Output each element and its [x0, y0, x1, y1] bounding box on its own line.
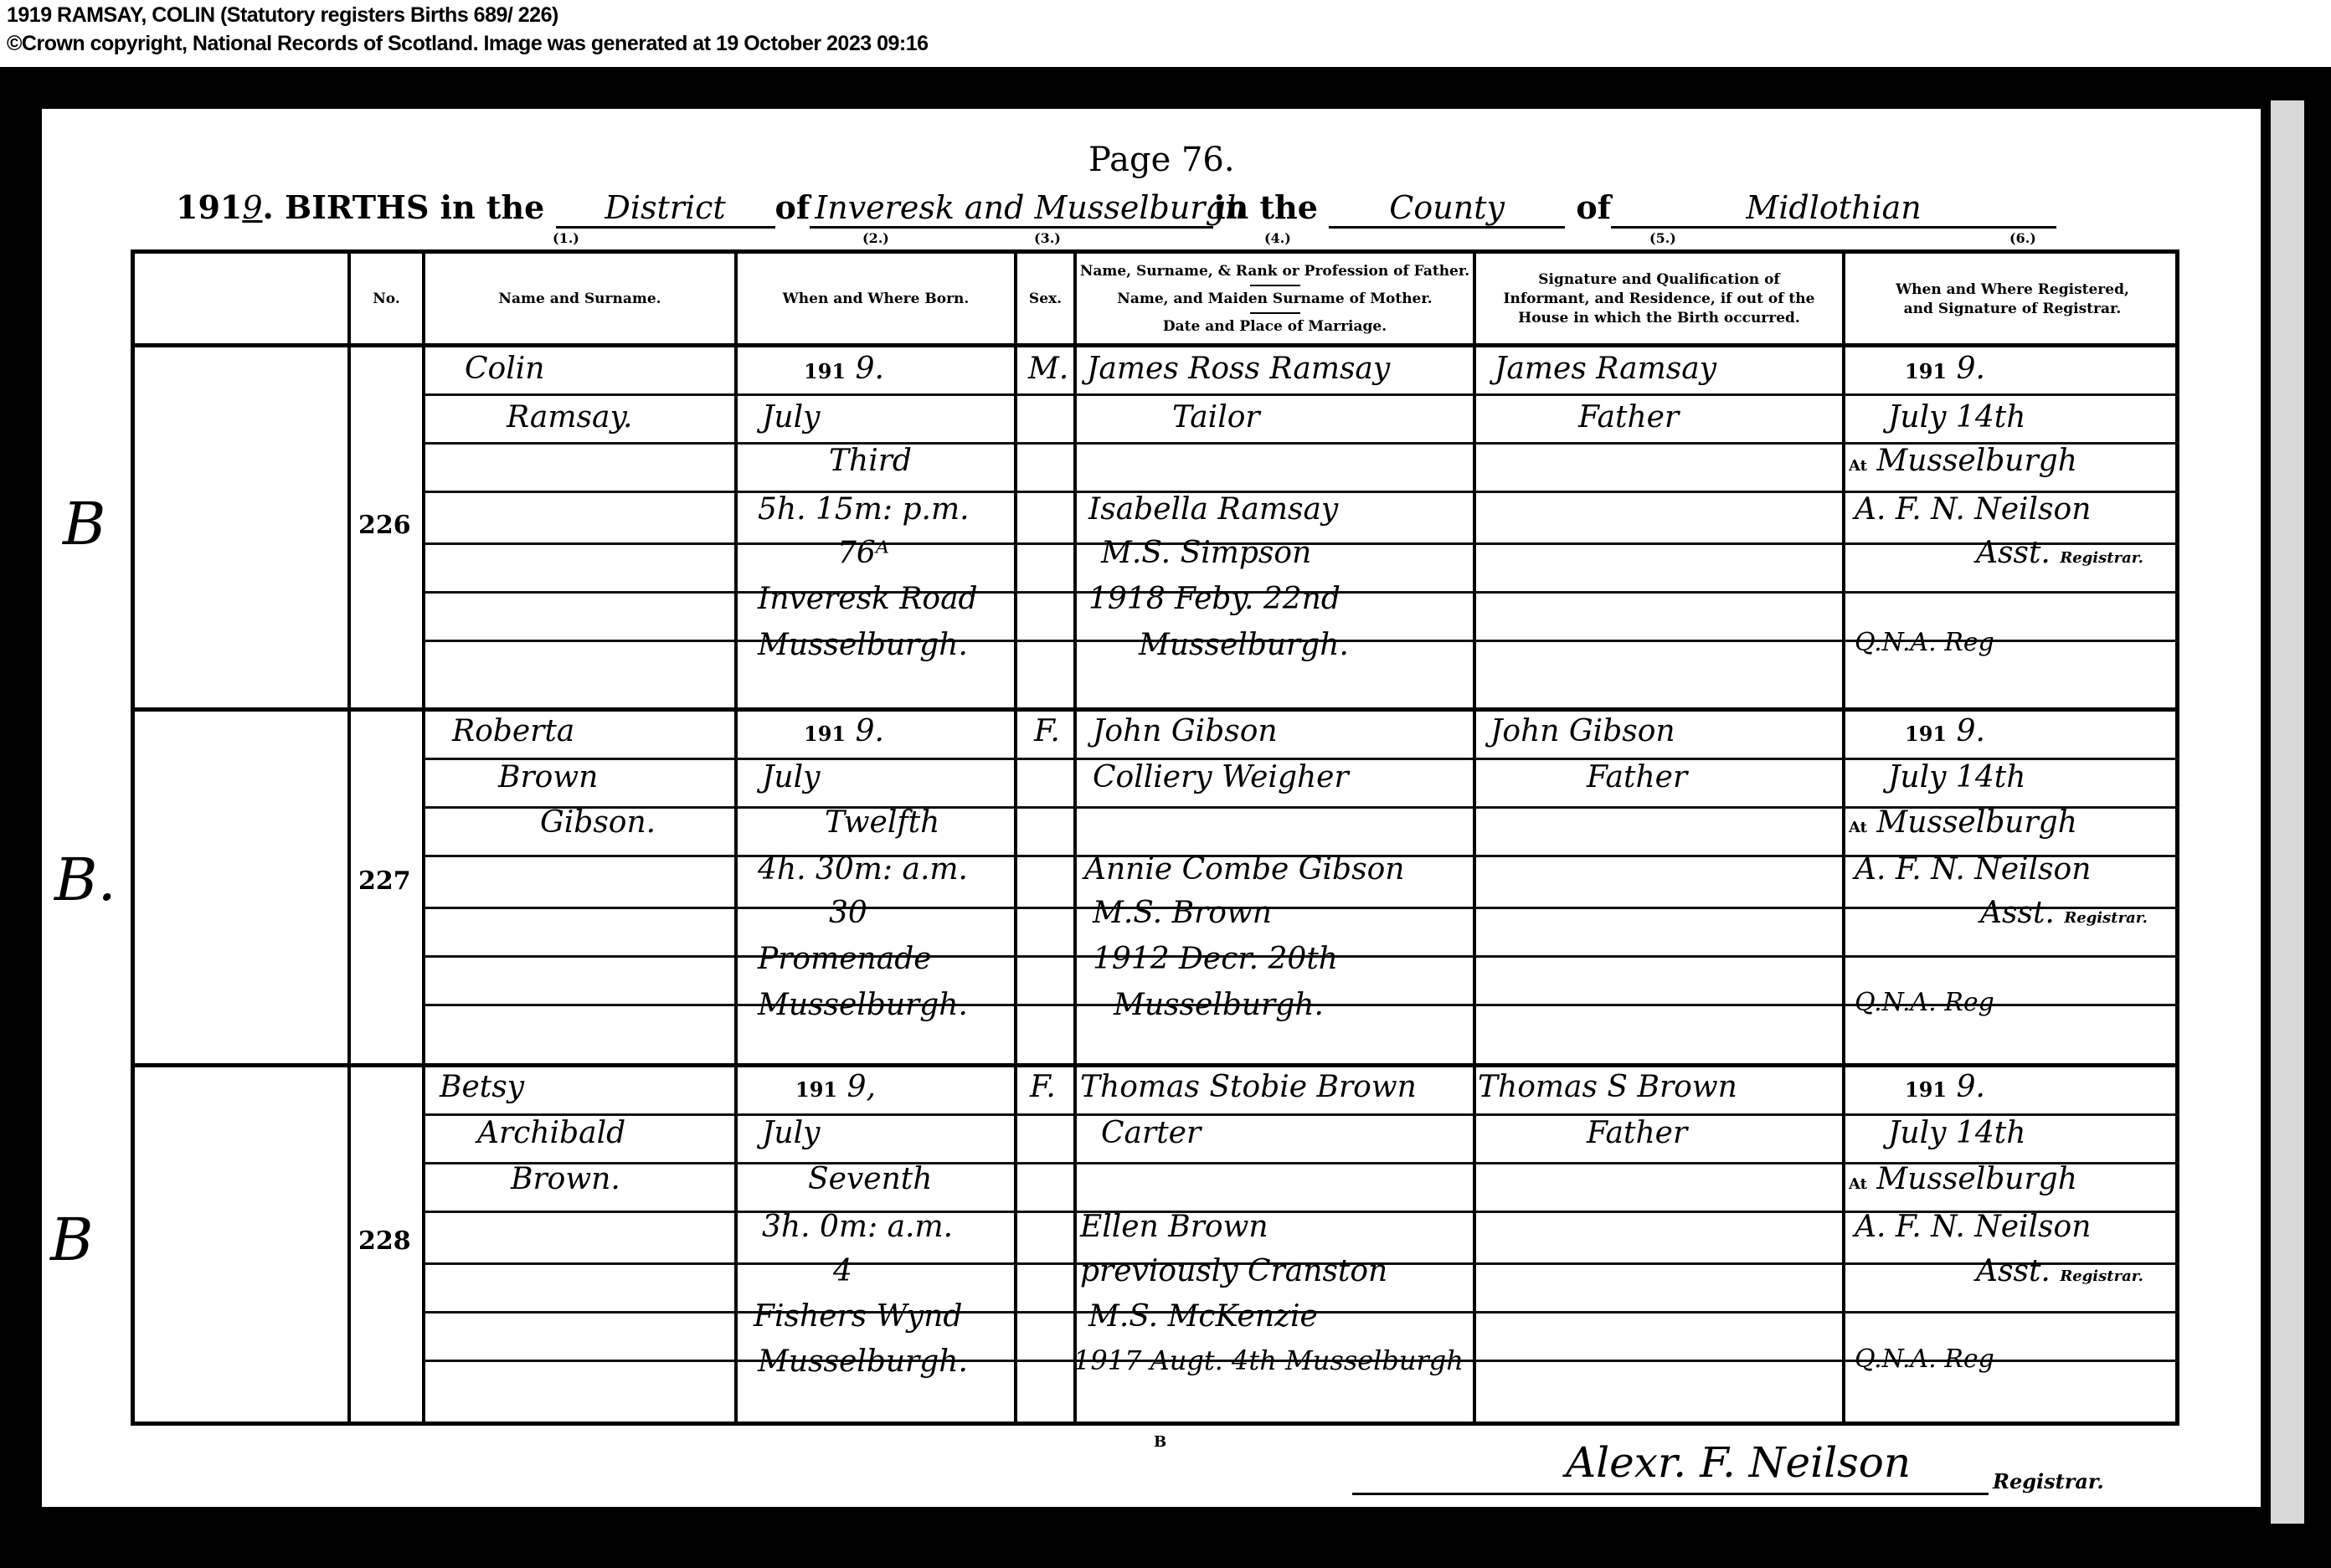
child-middle-name: Brown	[498, 760, 598, 794]
informant-qualification: Father	[1578, 400, 1679, 434]
county-type: County	[1329, 189, 1565, 229]
birth-day: Seventh	[808, 1162, 932, 1196]
ruling-line	[1016, 591, 1073, 594]
column-divider	[1073, 249, 1077, 1426]
year-digit: 9.	[856, 352, 884, 386]
mother-name: Ellen Brown	[1080, 1210, 1268, 1244]
header-parents: Name, Surname, & Rank or Profession of F…	[1077, 255, 1473, 343]
marriage-date: 1912 Decr. 20th	[1093, 942, 1338, 976]
ruling-line	[1474, 542, 1842, 545]
registrar-name: A. F. N. Neilson	[1855, 852, 2091, 887]
rule	[1250, 285, 1300, 286]
year-digit: 9.	[1957, 1070, 1985, 1104]
birth-time: 4h. 30m: a.m.	[758, 852, 968, 887]
registrar-signature: Alexr. F. Neilson	[1566, 1438, 1911, 1487]
birth-year: 191 9,	[795, 1070, 876, 1104]
entry-number: 227	[358, 866, 411, 896]
ruling-line	[424, 907, 734, 909]
header-name: Name and Surname.	[425, 255, 734, 343]
informant-signature: James Ramsay	[1495, 352, 1716, 386]
marriage-date-place: 1917 Augt. 4th Musselburgh	[1073, 1344, 1464, 1376]
in-the-label: in the	[1213, 188, 1318, 226]
header-divider	[131, 343, 2179, 347]
ruling-line	[1474, 855, 1842, 857]
ruling-line	[1474, 907, 1842, 909]
birth-house-number: 30	[829, 896, 867, 930]
ruling-line	[1474, 1311, 1842, 1314]
entry-number: 226	[358, 511, 411, 540]
marriage-place: Musselburgh.	[1114, 988, 1324, 1022]
ruling-line	[1016, 393, 1073, 396]
year-written: 9	[242, 189, 262, 226]
margin-mark: B	[63, 490, 105, 558]
sex: F.	[1030, 1070, 1056, 1104]
registration-year: 191 9.	[1905, 352, 1985, 386]
ruling-line	[424, 640, 734, 642]
page-number: Page 76.	[1088, 141, 1235, 179]
registrar-label: Registrar.	[1993, 1469, 2104, 1493]
ruling-line	[1016, 1311, 1073, 1314]
registrar-label: Registrar.	[2060, 1267, 2143, 1285]
column-divider	[1842, 249, 1845, 1426]
ruling-line	[1474, 1004, 1842, 1006]
child-middle-name: Archibald	[477, 1116, 625, 1150]
registrar-label: Registrar.	[2064, 909, 2148, 927]
at-label: At	[1849, 819, 1867, 836]
ruling-line	[1844, 1311, 2179, 1314]
place: Musselburgh	[1876, 805, 2076, 840]
ruling-line	[1016, 491, 1073, 493]
registrar-name: A. F. N. Neilson	[1855, 492, 2091, 527]
ruling-line	[1844, 955, 2179, 958]
mother-previous-surname: previously Cranston	[1080, 1254, 1387, 1288]
births-in-the: . BIRTHS in the	[263, 188, 545, 226]
registration-date: July 14th	[1888, 400, 2025, 434]
at-label: At	[1849, 1175, 1867, 1193]
birth-year: 191 9.	[804, 352, 884, 386]
birth-day: Twelfth	[825, 805, 939, 840]
birth-town: Musselburgh.	[758, 1344, 968, 1379]
mother-maiden-surname: M.S. Brown	[1093, 896, 1272, 930]
ruling-line	[1474, 640, 1842, 642]
ruling-line	[1474, 393, 1842, 396]
registration-place: At Musselburgh	[1849, 1162, 2077, 1196]
header-sex: Sex.	[1017, 255, 1073, 343]
header-no: No.	[351, 255, 422, 343]
district-name: Inveresk and Musselburgh	[810, 189, 1213, 229]
registration-year: 191 9.	[1905, 1070, 1985, 1104]
ruling-line	[736, 1262, 1014, 1265]
ruling-line	[424, 1311, 734, 1314]
column-divider	[422, 249, 425, 1426]
mother-name: Isabella Ramsay	[1088, 492, 1338, 527]
birth-month: July	[762, 400, 820, 434]
sex: M.	[1028, 352, 1068, 386]
ruling-line	[1474, 1211, 1842, 1213]
ruling-line	[1844, 591, 2179, 594]
at-label: At	[1849, 457, 1867, 475]
ruling-line	[424, 955, 734, 958]
ruling-line	[1016, 758, 1073, 760]
birth-year: 191 9.	[804, 714, 884, 748]
ruling-line	[1474, 955, 1842, 958]
birth-street: Inveresk Road	[758, 582, 978, 616]
asst: Asst.	[1976, 1254, 2051, 1288]
registration-place: At Musselburgh	[1849, 444, 2077, 478]
registration-date: July 14th	[1888, 760, 2025, 794]
ruling-line	[1016, 855, 1073, 857]
ruling-line	[1016, 640, 1073, 642]
margin-mark: B	[50, 1206, 93, 1274]
registrar-label: Registrar.	[2060, 549, 2143, 567]
informant-qualification: Father	[1587, 760, 1687, 794]
signature-line	[1352, 1493, 1989, 1495]
register-title: 1919. BIRTHS in the DistrictofInveresk a…	[176, 188, 2056, 229]
header-informant: Signature and Qualification of Informant…	[1476, 255, 1842, 343]
year-printed: 191	[804, 722, 846, 746]
year-printed: 191	[1905, 359, 1947, 383]
ruling-line	[1075, 442, 1473, 445]
father-occupation: Colliery Weigher	[1093, 760, 1349, 794]
year-printed: 191	[1905, 722, 1947, 746]
ruling-line	[1016, 542, 1073, 545]
of-label-2: of	[1576, 188, 1611, 226]
year-digit: 9.	[1957, 352, 1985, 386]
mother-maiden-surname: M.S. Simpson	[1101, 536, 1311, 570]
marriage-place: Musselburgh.	[1139, 628, 1349, 662]
ruling-line	[1016, 1211, 1073, 1213]
informant-signature: Thomas S Brown	[1478, 1070, 1737, 1104]
birth-month: July	[762, 760, 820, 794]
child-surname: Brown.	[511, 1162, 620, 1196]
ruling-line	[424, 393, 734, 396]
record-title: 1919 RAMSAY, COLIN (Statutory registers …	[7, 3, 558, 28]
column-number-1: (1.)	[553, 230, 579, 246]
year-printed: 191	[795, 1077, 837, 1102]
county-name: Midlothian	[1611, 189, 2056, 229]
birth-street: Promenade	[758, 942, 932, 976]
birth-month: July	[762, 1116, 820, 1150]
registrar-initials: Q.N.A. Reg	[1855, 628, 1994, 657]
child-forename: Roberta	[452, 714, 574, 748]
column-divider	[734, 249, 738, 1426]
place: Musselburgh	[1876, 1162, 2076, 1196]
ruling-line	[424, 542, 734, 545]
child-surname: Ramsay.	[507, 400, 632, 434]
ruling-line	[1474, 1262, 1842, 1265]
sex: F.	[1034, 714, 1060, 748]
registration-date: July 14th	[1888, 1116, 2025, 1150]
ruling-line	[424, 591, 734, 594]
child-surname: Gibson.	[540, 805, 656, 840]
father-occupation: Carter	[1101, 1116, 1201, 1150]
informant-qualification: Father	[1587, 1116, 1687, 1150]
ruling-line	[1844, 393, 2179, 396]
ruling-line	[1016, 907, 1073, 909]
birth-house-number: 76ᴬ	[837, 536, 889, 570]
ruling-line	[424, 855, 734, 857]
birth-time: 3h. 0m: a.m.	[762, 1210, 953, 1244]
father-occupation: Tailor	[1172, 400, 1260, 434]
ruling-line	[424, 1262, 734, 1265]
ruling-line	[1016, 1162, 1073, 1164]
ruling-line	[424, 1360, 734, 1362]
column-number-2: (2.)	[862, 230, 889, 246]
registrar-name: A. F. N. Neilson	[1855, 1210, 2091, 1244]
year-digit: 9,	[847, 1070, 876, 1104]
year-digit: 9.	[1957, 714, 1985, 748]
ruling-line	[1016, 1113, 1073, 1116]
ruling-line	[736, 907, 1014, 909]
header-father: Name, Surname, & Rank or Profession of F…	[1080, 262, 1469, 281]
ruling-line	[424, 1211, 734, 1213]
header-marriage: Date and Place of Marriage.	[1163, 317, 1387, 337]
father-name: James Ross Ramsay	[1087, 352, 1390, 386]
informant-signature: John Gibson	[1490, 714, 1675, 748]
registration-year: 191 9.	[1905, 714, 1985, 748]
ruling-line	[1016, 1360, 1073, 1362]
header-when-where: When and Where Born.	[738, 255, 1014, 343]
ruling-line	[1075, 806, 1473, 809]
ruling-line	[1016, 806, 1073, 809]
registrar-initials: Q.N.A. Reg	[1855, 1344, 1994, 1374]
ruling-line	[424, 1004, 734, 1006]
year-printed: 191	[804, 359, 846, 383]
ruling-line	[1016, 1004, 1073, 1006]
header-mother: Name, and Maiden Surname of Mother.	[1117, 290, 1432, 309]
registration-place: At Musselburgh	[1849, 805, 2077, 840]
asst: Asst.	[1976, 536, 2051, 570]
column-number-5: (5.)	[1649, 230, 1676, 246]
ruling-line	[1474, 442, 1842, 445]
birth-house-number: 4	[833, 1254, 852, 1288]
entry-divider	[131, 707, 2179, 712]
image-caption: 1919 RAMSAY, COLIN (Statutory registers …	[0, 0, 2331, 67]
registrar-title: Asst. Registrar.	[1976, 536, 2143, 570]
entry-number: 228	[358, 1226, 411, 1256]
district-type: District	[556, 189, 775, 229]
year-printed: 191	[1905, 1077, 1947, 1102]
father-name: John Gibson	[1093, 714, 1278, 748]
birth-day: Third	[829, 444, 912, 478]
birth-street: Fishers Wynd	[754, 1299, 962, 1334]
ruling-line	[1016, 442, 1073, 445]
father-name: Thomas Stobie Brown	[1080, 1070, 1417, 1104]
column-number-3: (3.)	[1034, 230, 1061, 246]
ruling-line	[1474, 591, 1842, 594]
mother-name: Annie Combe Gibson	[1084, 852, 1404, 887]
asst: Asst.	[1980, 896, 2055, 930]
ruling-line	[1075, 1162, 1473, 1164]
copyright-notice: ©Crown copyright, National Records of Sc…	[7, 32, 929, 56]
ruling-line	[1474, 1360, 1842, 1362]
ruling-line	[1016, 955, 1073, 958]
year-digit: 9.	[856, 714, 884, 748]
registrar-title: Asst. Registrar.	[1980, 896, 2148, 930]
header-registered: When and Where Registered, and Signature…	[1845, 255, 2179, 343]
registrar-title: Asst. Registrar.	[1976, 1254, 2143, 1288]
marriage-date: 1918 Feby. 22nd	[1088, 582, 1340, 616]
place: Musselburgh	[1876, 444, 2076, 478]
of-label-1: of	[775, 188, 810, 226]
birth-town: Musselburgh.	[758, 988, 968, 1022]
birth-town: Musselburgh.	[758, 628, 968, 662]
column-number-4: (4.)	[1264, 230, 1291, 246]
footer-letter: B	[1154, 1433, 1166, 1451]
mother-maiden-surname: M.S. McKenzie	[1088, 1299, 1318, 1334]
margin-mark: B.	[54, 846, 116, 914]
ruling-line	[1016, 1262, 1073, 1265]
ruling-line	[736, 393, 1014, 396]
scan-edge	[2271, 100, 2304, 1524]
column-divider	[347, 249, 351, 1426]
ruling-line	[1474, 806, 1842, 809]
ruling-line	[1474, 1162, 1842, 1164]
ruling-line	[1075, 393, 1473, 396]
rule	[1250, 312, 1300, 314]
ruling-line	[1474, 491, 1842, 493]
column-number-6: (6.)	[2009, 230, 2036, 246]
child-forename: Betsy	[440, 1070, 524, 1104]
column-divider	[1014, 249, 1017, 1426]
column-divider	[1473, 249, 1476, 1426]
birth-time: 5h. 15m: p.m.	[758, 492, 970, 527]
child-forename: Colin	[465, 352, 544, 386]
registrar-initials: Q.N.A. Reg	[1855, 988, 1994, 1017]
ruling-line	[424, 442, 734, 445]
year-printed: 191	[176, 188, 242, 226]
entry-divider	[131, 1063, 2179, 1067]
ruling-line	[424, 491, 734, 493]
